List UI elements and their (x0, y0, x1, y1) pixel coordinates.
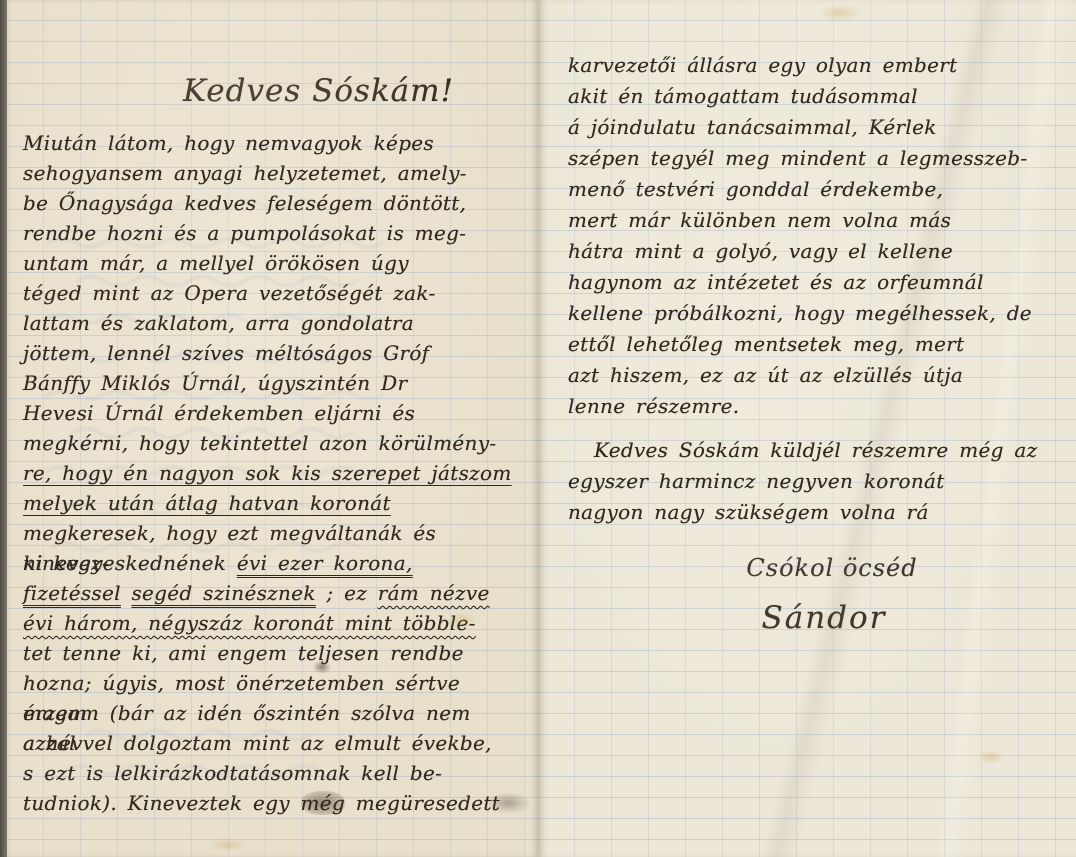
letter-line: be Őnagysága kedves feleségem döntött, (23, 188, 528, 218)
letter-text-segment: évi ezer korona, (237, 551, 413, 575)
letter-line: téged mint az Opera vezetőségét zak- (23, 278, 528, 308)
letter-text-segment: sehogyansem anyagi helyzetemet, amely- (23, 161, 467, 185)
scanned-letter: Kedves Sóskám! Miután látom, hogy nemvag… (0, 0, 1076, 857)
letter-text-segment: re, hogy én nagyon sok kis szerepet játs… (23, 461, 512, 485)
letter-line: s ezt is lelkirázkodtatásomnak kell be- (23, 758, 528, 788)
letter-line: sehogyansem anyagi helyzetemet, amely- (23, 158, 528, 188)
letter-line: ni kegyeskednének évi ezer korona, (23, 548, 528, 578)
letter-text-segment: untam már, a mellyel örökösen úgy (23, 251, 409, 275)
letter-line: mert már különben nem volna más (568, 205, 1070, 236)
letter-text-segment: menő testvéri gonddal érdekembe, (568, 177, 943, 201)
letter-line: fizetéssel segéd szinésznek ; ez rám néz… (23, 578, 528, 608)
letter-text-segment: lattam és zaklatom, arra gondolatra (23, 311, 414, 335)
letter-text-segment: kellene próbálkozni, hogy megélhessek, d… (568, 301, 1032, 325)
letter-line: egyszer harmincz negyven koronát (568, 466, 1070, 497)
paper-stain (818, 4, 862, 22)
letter-closing: Csókol öcséd (538, 554, 1076, 582)
letter-text-segment: szépen tegyél meg mindent a legmesszeb- (568, 146, 1027, 170)
letter-line: azt hiszem, ez az út az elzüllés útja (568, 360, 1070, 391)
letter-line: lenne részemre. (568, 391, 1070, 422)
letter-line: re, hogy én nagyon sok kis szerepet játs… (23, 458, 528, 488)
paper-stain (207, 838, 247, 852)
letter-line: Miután látom, hogy nemvagyok képes (23, 128, 528, 158)
letter-text-segment: rám nézve (378, 581, 490, 605)
letter-text-segment: Hevesi Úrnál érdekemben eljárni és (23, 401, 415, 425)
letter-text-segment: segéd szinésznek (131, 581, 315, 605)
letter-line: nagyon nagy szükségem volna rá (568, 497, 1070, 528)
letter-text-segment: fizetéssel (23, 581, 121, 605)
letter-text-segment: melyek után átlag hatvan koronát (23, 491, 391, 515)
letter-salutation: Kedves Sóskám! (7, 68, 538, 114)
paper-stain (978, 750, 1004, 764)
letter-line: Kedves Sóskám küldjél részemre még az (568, 435, 1070, 466)
letter-text-segment: s ezt is lelkirázkodtatásomnak kell be- (23, 761, 442, 785)
letter-line: Hevesi Úrnál érdekemben eljárni és (23, 398, 528, 428)
letter-text-segment: lenne részemre. (568, 394, 739, 418)
letter-line: hozna; úgyis, most önérzetemben sértve é… (23, 668, 528, 698)
letter-text-segment: nagyon nagy szükségem volna rá (568, 500, 929, 524)
right-page-lines: karvezetői állásra egy olyan embertakit … (538, 50, 1076, 528)
letter-text-segment: jöttem, lennél szíves méltóságos Gróf (23, 341, 429, 365)
letter-text-segment: tudniok). Kineveztek egy (23, 791, 301, 815)
letter-text-segment: á jóindulatu tanácsaimmal, Kérlek (568, 115, 937, 139)
letter-text-segment: ettől lehetőleg mentsetek meg, mert (568, 332, 965, 356)
letter-line: melyek után átlag hatvan koronát (23, 488, 528, 518)
letter-line: a hévvel dolgoztam mint az elmult évekbe… (23, 728, 528, 758)
letter-line: lattam és zaklatom, arra gondolatra (23, 308, 528, 338)
letter-text-segment: Miután látom, hogy nemvagyok képes (23, 131, 434, 155)
letter-text-segment: mert már különben nem volna más (568, 208, 951, 232)
letter-line: untam már, a mellyel örökösen úgy (23, 248, 528, 278)
letter-text-segment: azt hiszem, ez az út az elzüllés útja (568, 363, 963, 387)
letter-line: évi három, négyszáz koronát mint többle- (23, 608, 528, 638)
letter-text-segment: évi három, négyszáz koronát mint többle- (23, 611, 476, 635)
letter-page-left: Kedves Sóskám! Miután látom, hogy nemvag… (7, 0, 538, 857)
letter-text-segment: megüresedett (345, 791, 500, 815)
letter-line: Bánffy Miklós Úrnál, úgyszintén Dr (23, 368, 528, 398)
letter-signature: Sándor (538, 600, 1076, 636)
letter-text-segment: be Őnagysága kedves feleségem döntött, (23, 191, 466, 215)
letter-page-right: karvezetői állásra egy olyan embertakit … (538, 0, 1076, 857)
letter-text-segment: tet tenne ki, ami engem teljesen rendbe (23, 641, 464, 665)
letter-line: megkeresek, hogy ezt megváltanák és kine… (23, 518, 528, 548)
left-page-lines: Miután látom, hogy nemvagyok képessehogy… (7, 128, 538, 818)
letter-text-segment: ; ez (316, 581, 378, 605)
letter-line: jöttem, lennél szíves méltóságos Gróf (23, 338, 528, 368)
letter-line: ettől lehetőleg mentsetek meg, mert (568, 329, 1070, 360)
letter-line: tudniok). Kineveztek egy még megüresedet… (23, 788, 528, 818)
letter-text-segment: hátra mint a golyó, vagy el kellene (568, 239, 953, 263)
letter-line: szépen tegyél meg mindent a legmesszeb- (568, 143, 1070, 174)
letter-line: magam (bár az idén őszintén szólva nem a… (23, 698, 528, 728)
letter-text-segment: egyszer harmincz negyven koronát (568, 469, 945, 493)
letter-line: tet tenne ki, ami engem teljesen rendbe (23, 638, 528, 668)
scan-edge (0, 0, 7, 857)
letter-text-segment: a hévvel dolgoztam mint az elmult évekbe… (23, 731, 492, 755)
letter-text-segment: Kedves Sóskám küldjél részemre még az (594, 438, 1037, 462)
letter-text-segment: karvezetői állásra egy olyan embert (568, 53, 957, 77)
letter-text-segment: még (301, 791, 346, 815)
letter-line: karvezetői állásra egy olyan embert (568, 50, 1070, 81)
letter-line: rendbe hozni és a pumpolásokat is meg- (23, 218, 528, 248)
letter-text-segment: akit én támogattam tudásommal (568, 84, 918, 108)
letter-text-segment (121, 581, 132, 605)
letter-line: megkérni, hogy tekintettel azon körülmén… (23, 428, 528, 458)
letter-line: hagynom az intézetet és az orfeumnál (568, 267, 1070, 298)
letter-line: hátra mint a golyó, vagy el kellene (568, 236, 1070, 267)
letter-line: akit én támogattam tudásommal (568, 81, 1070, 112)
letter-line: menő testvéri gonddal érdekembe, (568, 174, 1070, 205)
letter-line: kellene próbálkozni, hogy megélhessek, d… (568, 298, 1070, 329)
letter-line: á jóindulatu tanácsaimmal, Kérlek (568, 112, 1070, 143)
letter-text-segment: téged mint az Opera vezetőségét zak- (23, 281, 436, 305)
letter-text-segment: Bánffy Miklós Úrnál, úgyszintén Dr (23, 371, 407, 395)
letter-text-segment: ni kegyeskednének (23, 551, 237, 575)
letter-text-segment: hagynom az intézetet és az orfeumnál (568, 270, 984, 294)
letter-text-segment: megkérni, hogy tekintettel azon körülmén… (23, 431, 496, 455)
letter-text-segment: rendbe hozni és a pumpolásokat is meg- (23, 221, 466, 245)
